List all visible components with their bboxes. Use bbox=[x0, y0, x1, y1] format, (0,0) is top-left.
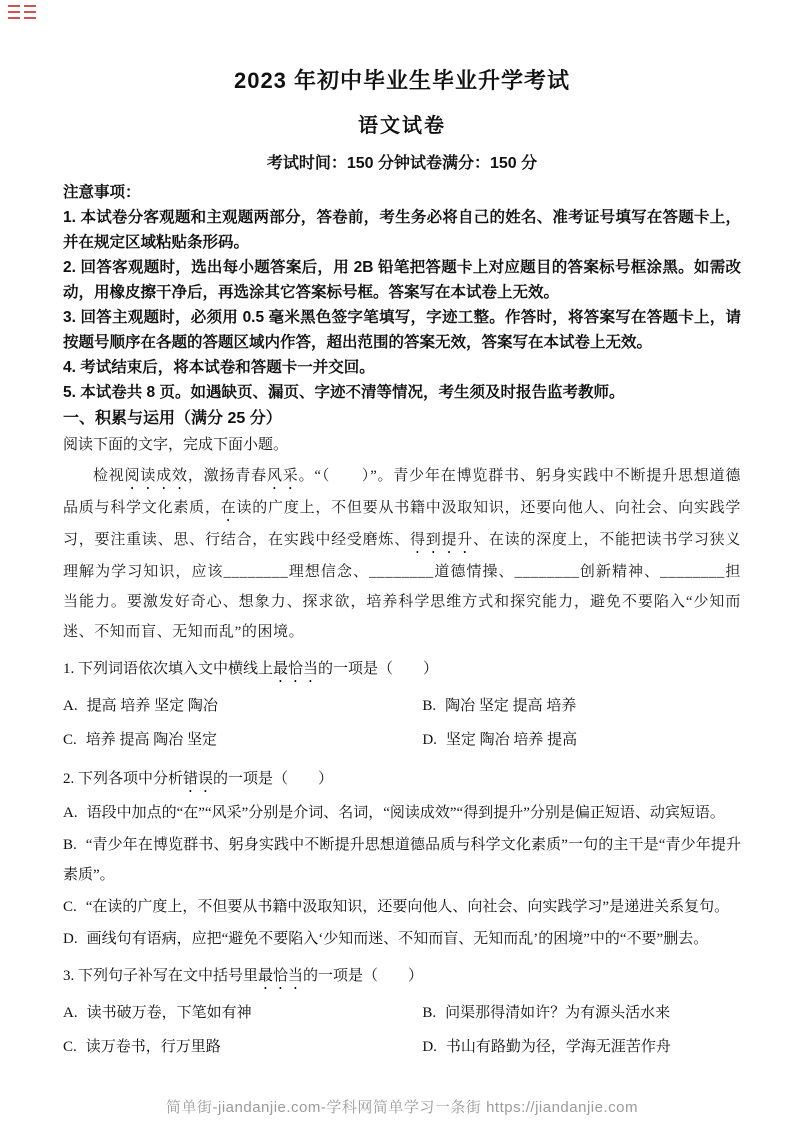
reading-passage: 检视阅读成效，激扬青春风采。“（ ）”。青少年在博览群书、躬身实践中不断提升思想… bbox=[63, 461, 741, 647]
question-1: 1. 下列词语依次填入文中横线上最恰当的一项是（ ） A.提高 培养 坚定 陶冶… bbox=[63, 654, 741, 757]
question-1-option-d: D.坚定 陶冶 培养 提高 bbox=[422, 725, 741, 755]
notice-item-4: 4. 考试结束后，将本试卷和答题卡一并交回。 bbox=[63, 355, 741, 380]
question-3-option-b: B.问渠那得清如许？为有源头活水来 bbox=[422, 998, 741, 1028]
question-3-option-d: D.书山有路勤为径，学海无涯苦作舟 bbox=[422, 1032, 741, 1062]
question-1-option-c: C.培养 提高 陶冶 坚定 bbox=[63, 725, 422, 755]
red-stamp-bar bbox=[8, 5, 20, 21]
notices-heading: 注意事项： bbox=[63, 180, 741, 205]
question-1-option-b: B.陶冶 坚定 提高 培养 bbox=[422, 691, 741, 721]
footer-watermark: 简单街-jiandanjie.com-学科网简单学习一条街 https://ji… bbox=[63, 1096, 741, 1117]
question-2-option-b: B.“青少年在博览群书、躬身实践中不断提升思想道德品质与科学文化素质”一句的主干… bbox=[63, 830, 741, 890]
question-3-stem: 3. 下列句子补写在文中括号里最恰当的一项是（ ） bbox=[63, 961, 741, 993]
question-3-option-c: C.读万卷书，行万里路 bbox=[63, 1032, 422, 1062]
notice-item-3: 3. 回答主观题时，必须用 0.5 毫米黑色签字笔填写，字迹工整。作答时，将答案… bbox=[63, 305, 741, 355]
question-2: 2. 下列各项中分析错误的一项是（ ） A.语段中加点的“在”“风采”分别是介词… bbox=[63, 764, 741, 954]
question-2-option-d: D.画线句有语病，应把“避免不要陷入‘少知而迷、不知而盲、无知而乱’的困境”中的… bbox=[63, 924, 741, 954]
notice-item-5: 5. 本试卷共 8 页。如遇缺页、漏页、字迹不清等情况，考生须及时报告监考教师。 bbox=[63, 380, 741, 405]
question-1-stem: 1. 下列词语依次填入文中横线上最恰当的一项是（ ） bbox=[63, 654, 741, 686]
red-stamp-icon bbox=[8, 5, 36, 21]
red-stamp-bar bbox=[24, 5, 36, 21]
question-3: 3. 下列句子补写在文中括号里最恰当的一项是（ ） A.读书破万卷，下笔如有神 … bbox=[63, 961, 741, 1064]
notice-item-2: 2. 回答客观题时，选出每小题答案后，用 2B 铅笔把答题卡上对应题目的答案标号… bbox=[63, 255, 741, 305]
question-3-option-a: A.读书破万卷，下笔如有神 bbox=[63, 998, 422, 1028]
question-3-options: A.读书破万卷，下笔如有神 B.问渠那得清如许？为有源头活水来 C.读万卷书，行… bbox=[63, 996, 741, 1064]
section-one-heading: 一、积累与运用（满分 25 分） bbox=[63, 406, 741, 432]
question-2-option-a: A.语段中加点的“在”“风采”分别是介词、名词，“阅读成效”“得到提升”分别是偏… bbox=[63, 798, 741, 828]
question-1-options: A.提高 培养 坚定 陶冶 B.陶冶 坚定 提高 培养 C.培养 提高 陶冶 坚… bbox=[63, 689, 741, 757]
reading-instruction: 阅读下面的文字，完成下面小题。 bbox=[63, 432, 741, 458]
question-2-stem: 2. 下列各项中分析错误的一项是（ ） bbox=[63, 764, 741, 796]
exam-subtitle: 语文试卷 bbox=[63, 109, 741, 138]
question-2-option-c: C.“在读的广度上，不但要从书籍中汲取知识，还要向他人、向社会、向实践学习”是递… bbox=[63, 892, 741, 922]
question-1-option-a: A.提高 培养 坚定 陶冶 bbox=[63, 691, 422, 721]
notices-block: 注意事项： 1. 本试卷分客观题和主观题两部分，答卷前，考生务必将自己的姓名、准… bbox=[63, 180, 741, 405]
exam-time-score-info: 考试时间：150 分钟试卷满分：150 分 bbox=[63, 150, 741, 173]
exam-title: 2023 年初中毕业生毕业升学考试 bbox=[63, 64, 741, 95]
exam-paper-page: 2023 年初中毕业生毕业升学考试 语文试卷 考试时间：150 分钟试卷满分：1… bbox=[0, 0, 793, 1122]
notice-item-1: 1. 本试卷分客观题和主观题两部分，答卷前，考生务必将自己的姓名、准考证号填写在… bbox=[63, 205, 741, 255]
